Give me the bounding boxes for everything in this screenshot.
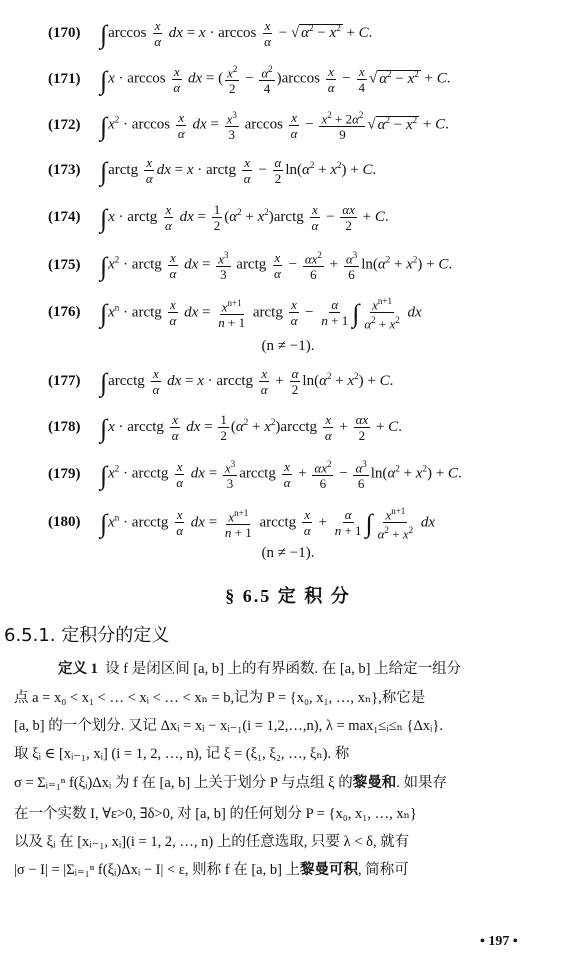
condition-180: (n ≠ −1).: [0, 543, 576, 563]
definition-line-7: 以及 ξᵢ 在 [xᵢ₋₁, xᵢ](i = 1, 2, …, n) 上的任意选…: [14, 832, 409, 852]
formula-number: (177): [48, 371, 100, 391]
page-number: • 197 •: [480, 932, 518, 952]
formula-number: (178): [48, 417, 100, 437]
formula-number: (171): [48, 69, 100, 89]
formula-number: (174): [48, 207, 100, 227]
formula-179: (179)∫x2 · arcctg xα dx = x33arcctg xα +…: [48, 457, 462, 491]
formula-number: (179): [48, 464, 100, 484]
formula-175: (175)∫x2 · arctg xα dx = x33 arctg xα − …: [48, 248, 452, 282]
formula-number: (172): [48, 115, 100, 135]
formula-number: (175): [48, 255, 100, 275]
formula-170: (170)∫arccos xα dx = x · arccos xα − √α2…: [48, 18, 372, 49]
formula-178: (178)∫x · arcctg xα dx = 12(α2 + x2)arcc…: [48, 412, 402, 443]
term-riemann-sum: 黎曼和: [353, 775, 397, 791]
definition-label: 定义 1: [58, 661, 98, 677]
formula-number: (170): [48, 23, 100, 43]
formula-176: (176)∫xn · arctg xα dx = xn+1n + 1 arctg…: [48, 294, 422, 332]
formula-172: (172)∫x2 · arccos xα dx = x33 arccos xα …: [48, 108, 449, 142]
term-integrable: 黎曼可积: [300, 862, 358, 878]
formula-174: (174)∫x · arctg xα dx = 12(α2 + x2)arctg…: [48, 202, 389, 233]
formula-171: (171)∫x · arccos xα dx = (x22 − α24)arcc…: [48, 62, 451, 96]
formula-177: (177)∫arcctg xα dx = x · arcctg xα + α2l…: [48, 366, 393, 397]
section-title: § 6.5 定 积 分: [0, 586, 576, 606]
formula-number: (180): [48, 512, 100, 532]
condition-176: (n ≠ −1).: [0, 336, 576, 356]
definition-line-8: |σ − I| = |Σᵢ₌₁ⁿ f(ξᵢ)Δxᵢ − I| < ε, 则称 f…: [14, 860, 409, 880]
formula-180: (180)∫xn · arcctg xα dx = xn+1n + 1 arcc…: [48, 504, 435, 542]
definition-line-6: 在一个实数 I, ∀ε>0, ∃δ>0, 对 [a, b] 的任何划分 P = …: [14, 804, 417, 824]
formula-173: (173)∫arctg xαdx = x · arctg xα − α2ln(α…: [48, 155, 376, 186]
definition-line-3: [a, b] 的一个划分. 又记 Δxᵢ = xᵢ − xᵢ₋₁(i = 1,2…: [14, 716, 443, 736]
definition-line-1: 定义 1 设 f 是闭区间 [a, b] 上的有界函数. 在 [a, b] 上给…: [58, 659, 461, 679]
subsection-title: 6.5.1. 定积分的定义: [4, 626, 169, 646]
formula-number: (176): [48, 302, 100, 322]
definition-line-4: 取 ξᵢ ∈ [xᵢ₋₁, xᵢ] (i = 1, 2, …, n), 记 ξ …: [14, 744, 349, 764]
definition-line-5: σ = Σᵢ₌₁ⁿ f(ξᵢ)Δxᵢ 为 f 在 [a, b] 上关于划分 P …: [14, 773, 447, 793]
definition-line-2: 点 a = x₀ < x₁ < … < xᵢ < … < xₙ = b,记为 P…: [14, 688, 425, 708]
formula-number: (173): [48, 160, 100, 180]
